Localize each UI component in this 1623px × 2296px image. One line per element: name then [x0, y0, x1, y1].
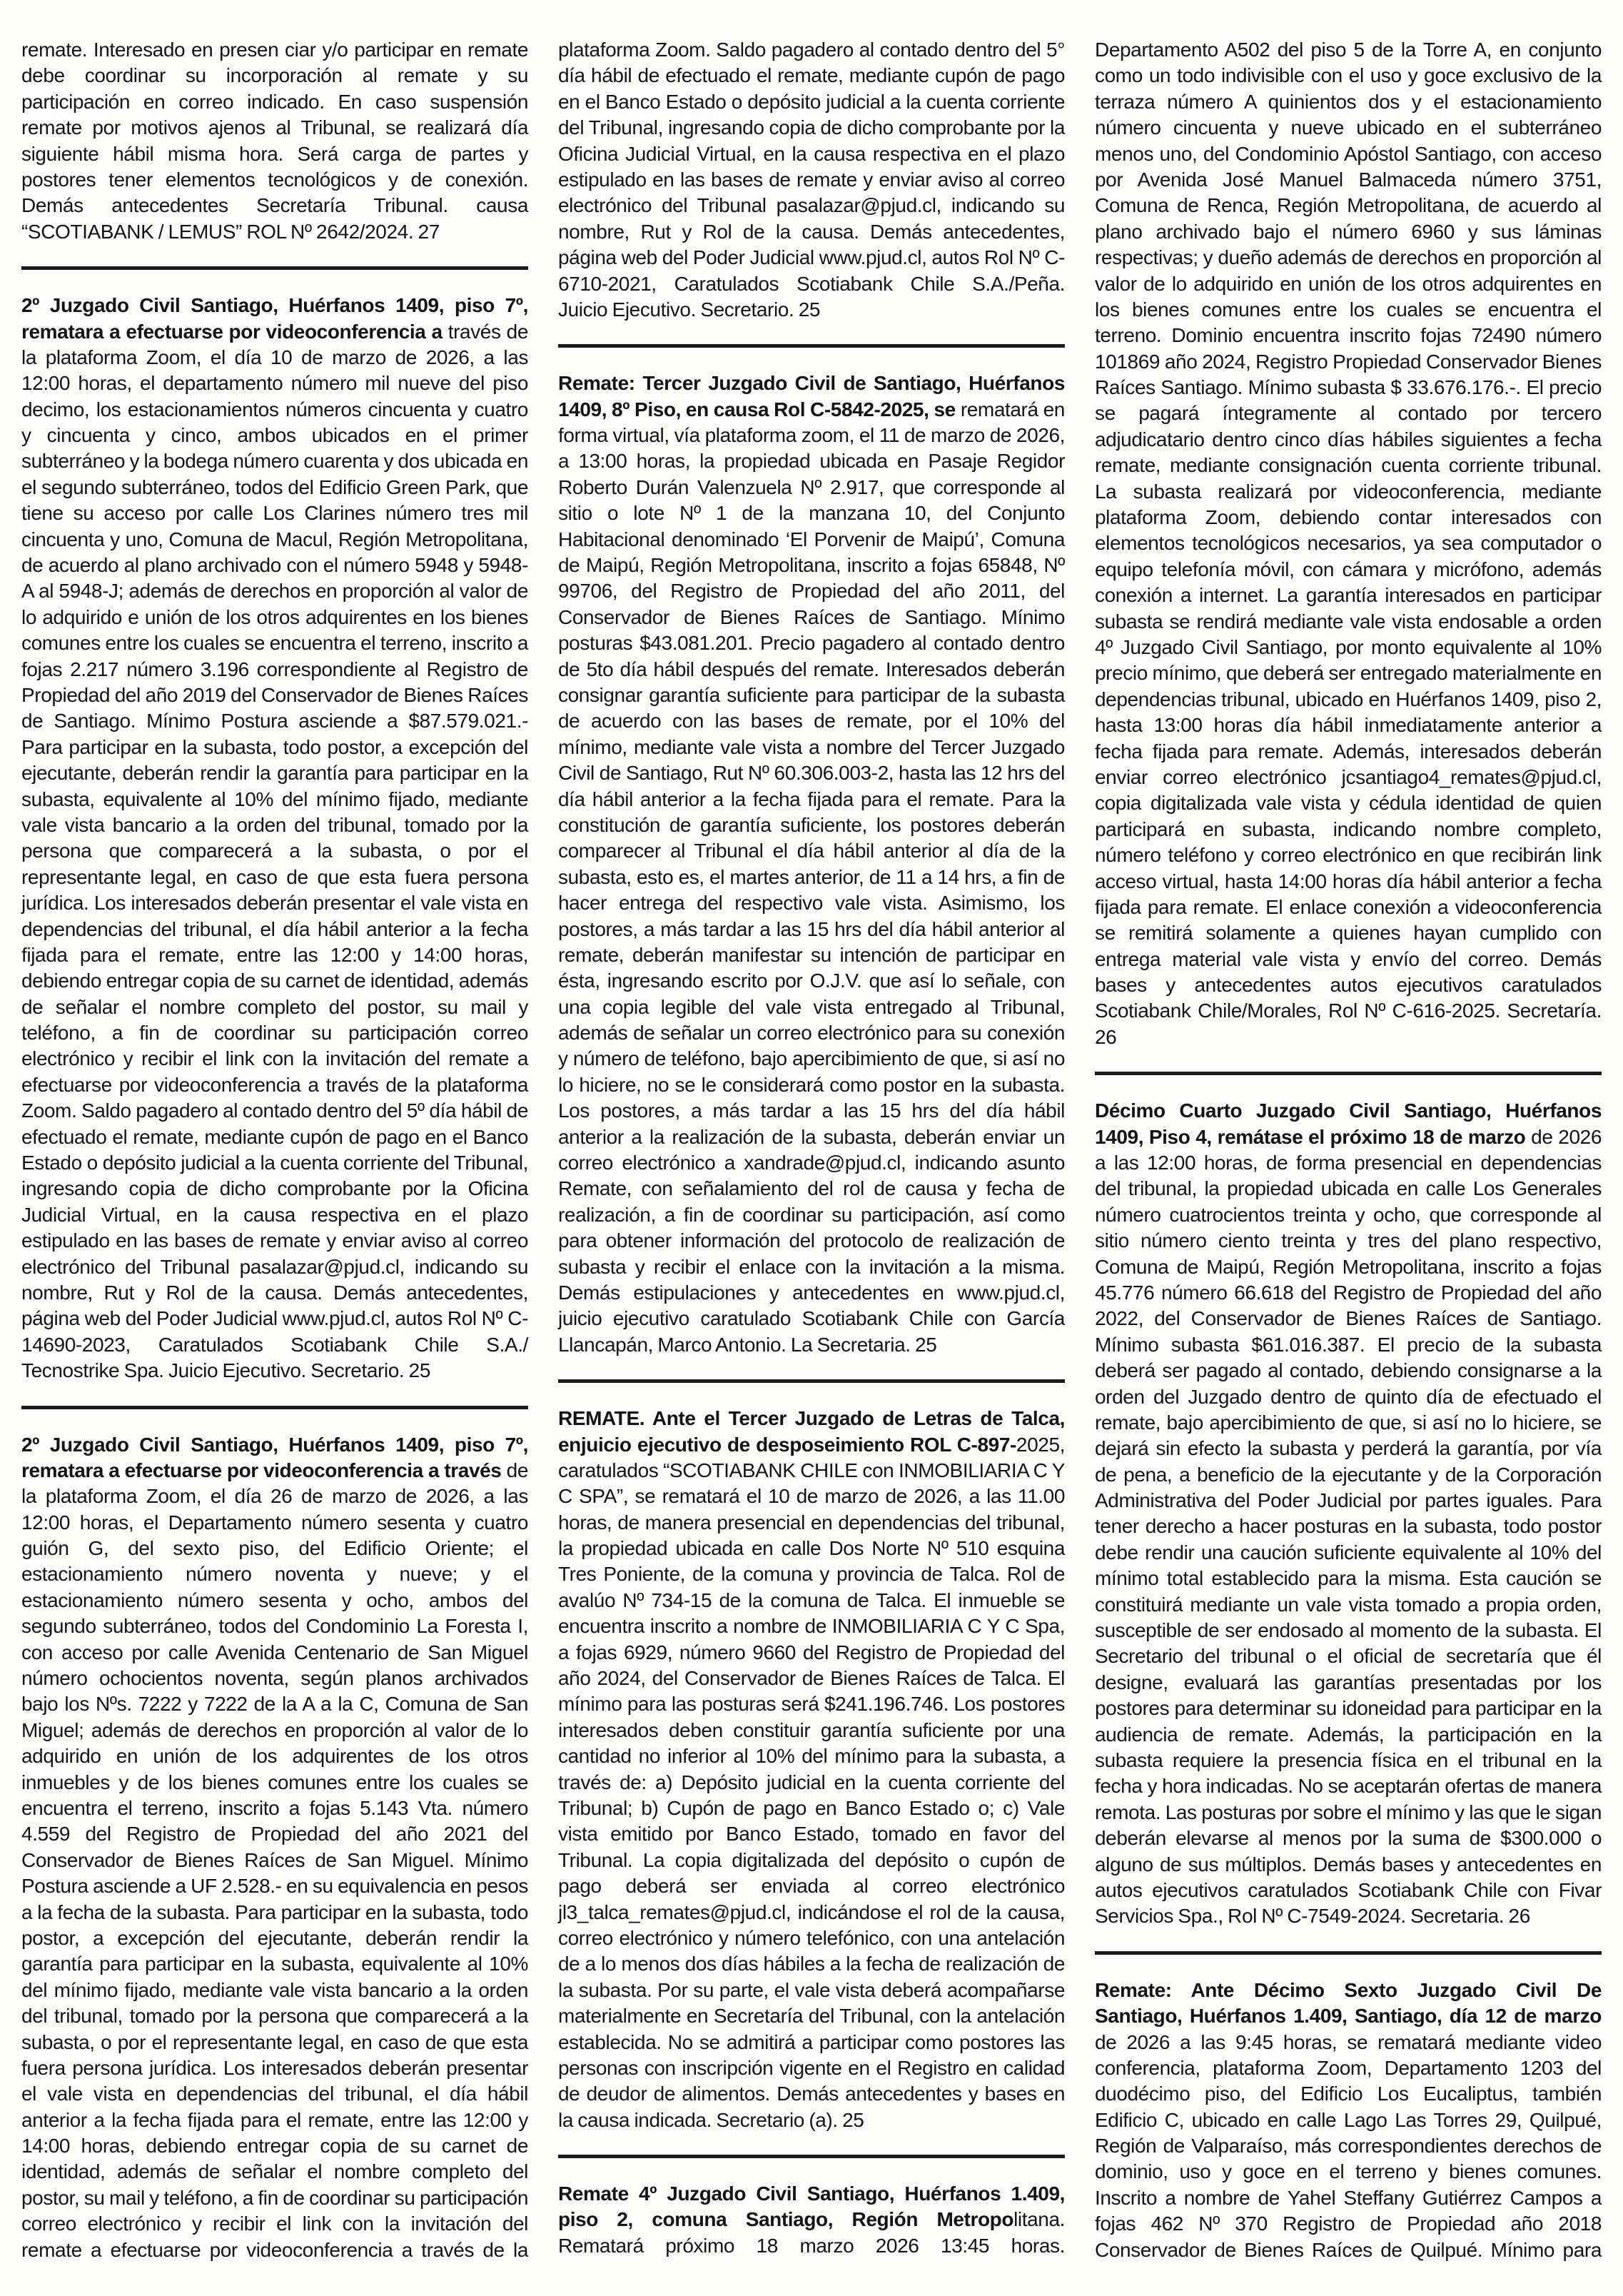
notice-divider	[21, 1406, 528, 1409]
legal-notice: remate. Interesado en presen ciar y/o pa…	[21, 37, 528, 245]
notice-text: Décimo Cuarto Juzgado Civil Santiago, Hu…	[1095, 1098, 1602, 1930]
notice-head: Décimo Cuarto Juzgado Civil Santiago, Hu…	[1095, 1099, 1602, 1147]
notice-divider	[1095, 1072, 1602, 1075]
notice-head: Remate 4º Juzgado Civil Santiago, Huérfa…	[558, 2182, 1065, 2230]
notice-divider	[1095, 1951, 1602, 1955]
notice-divider	[21, 266, 528, 270]
notice-divider	[558, 344, 1065, 348]
notice-body: 2025, caratulados “SCOTIABANK CHILE con …	[558, 1434, 1065, 2131]
newspaper-page: remate. Interesado en presen ciar y/o pa…	[0, 0, 1623, 2296]
notice-divider	[558, 1379, 1065, 1383]
legal-notice: 2º Juzgado Civil Santiago, Huérfanos 140…	[21, 293, 528, 1384]
notice-head: Remate: Ante Décimo Sexto Juzgado Civil …	[1095, 1979, 1602, 2027]
notice-text: Remate: Tercer Juzgado Civil de Santiago…	[558, 371, 1065, 1358]
notice-text: 2º Juzgado Civil Santiago, Huérfanos 140…	[21, 293, 528, 1384]
legal-notice: REMATE. Ante el Tercer Juzgado de Letras…	[558, 1406, 1065, 2133]
notice-text: remate. Interesado en presen ciar y/o pa…	[21, 37, 528, 245]
notice-head: REMATE. Ante el Tercer Juzgado de Letras…	[558, 1407, 1065, 1455]
notice-columns: remate. Interesado en presen ciar y/o pa…	[21, 37, 1602, 2270]
notice-body: rematará en forma virtual, vía plataform…	[558, 398, 1065, 1356]
notice-divider	[558, 2155, 1065, 2158]
notice-body: de 2026 a las 12:00 horas, de forma pres…	[1095, 1126, 1602, 1928]
notice-body: través de la plataforma Zoom, el día 10 …	[21, 321, 528, 1382]
legal-notice: Remate: Tercer Juzgado Civil de Santiago…	[558, 371, 1065, 1358]
legal-notice: Décimo Cuarto Juzgado Civil Santiago, Hu…	[1095, 1098, 1602, 1930]
notice-text: REMATE. Ante el Tercer Juzgado de Letras…	[558, 1406, 1065, 2133]
notice-body: remate. Interesado en presen ciar y/o pa…	[21, 39, 528, 243]
notice-head: 2º Juzgado Civil Santiago, Huérfanos 140…	[21, 1434, 528, 1481]
